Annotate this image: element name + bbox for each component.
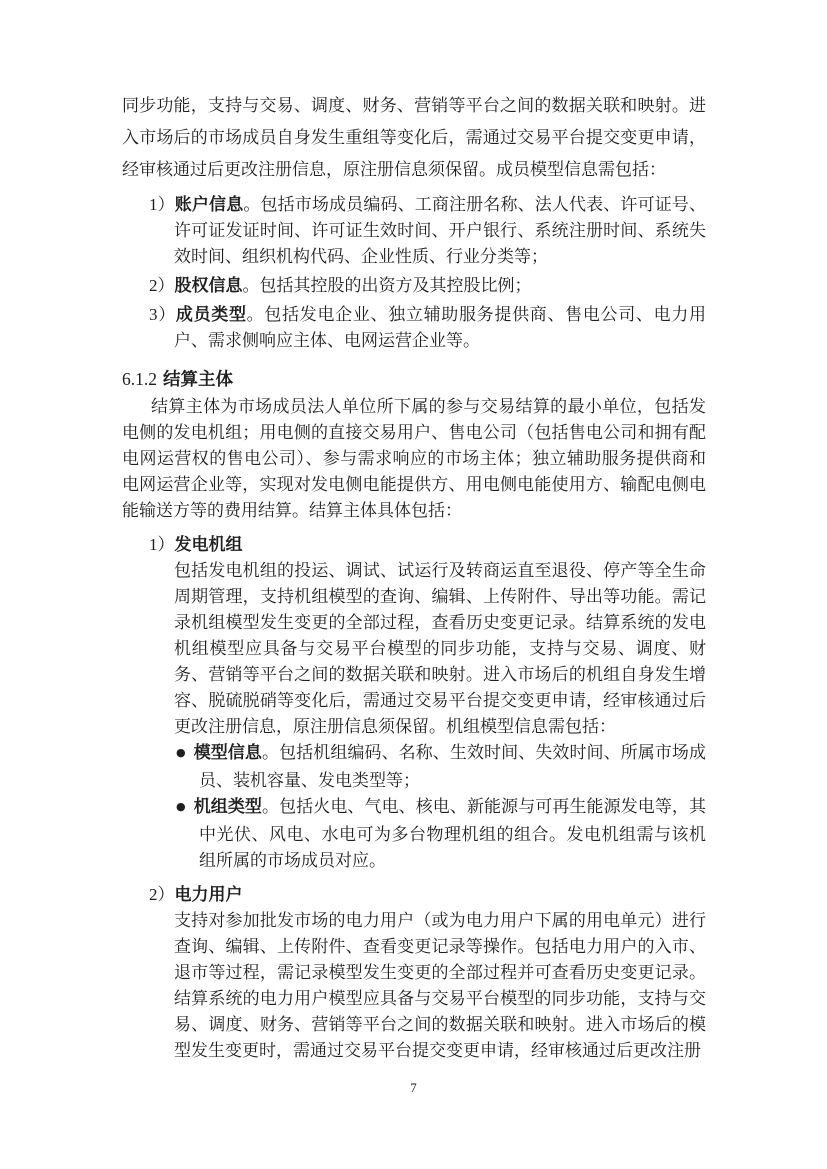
section-paragraph: 结算主体为市场成员法人单位所下属的参与交易结算的最小单位，包括发电侧的发电机组；… bbox=[122, 394, 706, 524]
list-item-label: 成员类型 bbox=[176, 305, 247, 324]
bullet-item-model-info: ●模型信息。包括机组编码、名称、生效时间、失效时间、所属市场成员、装机容量、发电… bbox=[122, 740, 706, 794]
list-item-label: 账户信息 bbox=[175, 195, 244, 214]
list-number: 1） bbox=[149, 195, 175, 214]
entity-title: 发电机组 bbox=[175, 535, 243, 554]
list-item-equity-info: 2）股权信息。包括其控股的出资方及其控股比例； bbox=[122, 273, 706, 299]
list-item-label: 股权信息 bbox=[175, 276, 243, 295]
list-item-member-type: 3）成员类型。包括发电企业、独立辅助服务提供商、售电公司、电力用户、需求侧响应主… bbox=[122, 302, 706, 354]
entity-title: 电力用户 bbox=[175, 885, 243, 904]
intro-paragraph: 同步功能，支持与交易、调度、财务、营销等平台之间的数据关联和映射。进入市场后的市… bbox=[122, 90, 706, 186]
list-number: 1） bbox=[149, 535, 175, 554]
bullet-item-unit-type: ●机组类型。包括火电、气电、核电、新能源与可再生能源发电等，其中光伏、风电、水电… bbox=[122, 794, 706, 874]
section-heading: 6.1.2结算主体 bbox=[122, 366, 706, 392]
entity-heading-power-user: 2）电力用户 bbox=[122, 882, 706, 908]
bullet-text: 。包括火电、气电、核电、新能源与可再生能源发电等，其中光伏、风电、水电可为多台物… bbox=[199, 797, 706, 870]
entity-body: 包括发电机组的投运、调试、试运行及转商运直至退役、停产等全生命周期管理，支持机组… bbox=[122, 558, 706, 740]
list-item-text: 。包括市场成员编码、工商注册名称、法人代表、许可证号、许可证发证时间、许可证生效… bbox=[174, 195, 706, 266]
bullet-icon: ● bbox=[176, 746, 186, 759]
list-number: 3） bbox=[149, 305, 176, 324]
page-number: 7 bbox=[0, 1080, 827, 1096]
bullet-label: 模型信息 bbox=[194, 743, 262, 762]
entity-heading-generator-unit: 1）发电机组 bbox=[122, 532, 706, 558]
list-item-account-info: 1）账户信息。包括市场成员编码、工商注册名称、法人代表、许可证号、许可证发证时间… bbox=[122, 192, 706, 270]
section-title: 结算主体 bbox=[163, 369, 233, 389]
list-item-text: 。包括其控股的出资方及其控股比例； bbox=[243, 276, 532, 295]
member-info-list: 1）账户信息。包括市场成员编码、工商注册名称、法人代表、许可证号、许可证发证时间… bbox=[122, 192, 706, 354]
page-content: 同步功能，支持与交易、调度、财务、营销等平台之间的数据关联和映射。进入市场后的市… bbox=[122, 90, 706, 1064]
list-number: 2） bbox=[149, 276, 175, 295]
list-item-text: 。包括发电企业、独立辅助服务提供商、售电公司、电力用户、需求侧响应主体、电网运营… bbox=[174, 305, 706, 350]
settlement-entity-list: 1）发电机组 包括发电机组的投运、调试、试运行及转商运直至退役、停产等全生命周期… bbox=[122, 532, 706, 1064]
bullet-label: 机组类型 bbox=[194, 797, 262, 816]
document-page: 同步功能，支持与交易、调度、财务、营销等平台之间的数据关联和映射。进入市场后的市… bbox=[0, 0, 827, 1169]
bullet-text: 。包括机组编码、名称、生效时间、失效时间、所属市场成员、装机容量、发电类型等； bbox=[199, 743, 706, 790]
section-number: 6.1.2 bbox=[122, 369, 157, 389]
entity-body: 支持对参加批发市场的电力用户（或为电力用户下属的用电单元）进行查询、编辑、上传附… bbox=[122, 908, 706, 1064]
list-number: 2） bbox=[149, 885, 175, 904]
bullet-icon: ● bbox=[176, 800, 186, 813]
